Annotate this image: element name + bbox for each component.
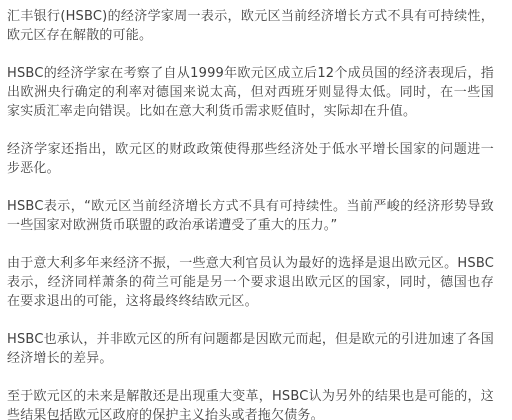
article-text: 汇丰银行(HSBC)的经济学家周一表示，欧元区当前经济增长方式不具有可持续性，欧… [0,0,512,420]
paragraph-euro-divergence: HSBC也承认，并非欧元区的所有问题都是因欧元而起，但是欧元的引进加速了各国经济… [7,330,494,368]
paragraph-hsbc-quote: HSBC表示，“欧元区当前经济增长方式不具有可持续性。当前严峻的经济形势导致一些… [7,197,494,235]
paragraph-intro: 汇丰银行(HSBC)的经济学家周一表示，欧元区当前经济增长方式不具有可持续性，欧… [7,7,494,45]
paragraph-future-outcomes: 至于欧元区的未来是解散还是出现重大变革，HSBC认为另外的结果也是可能的，这些结… [7,387,494,420]
paragraph-rates-analysis: HSBC的经济学家在考察了自从1999年欧元区成立后12个成员国的经济表现后，指… [7,64,494,121]
paragraph-italy-exit: 由于意大利多年来经济不振，一些意大利官员认为最好的选择是退出欧元区。HSBC表示… [7,254,494,311]
paragraph-fiscal-policy: 经济学家还指出，欧元区的财政政策使得那些经济处于低水平增长国家的问题进一步恶化。 [7,140,494,178]
